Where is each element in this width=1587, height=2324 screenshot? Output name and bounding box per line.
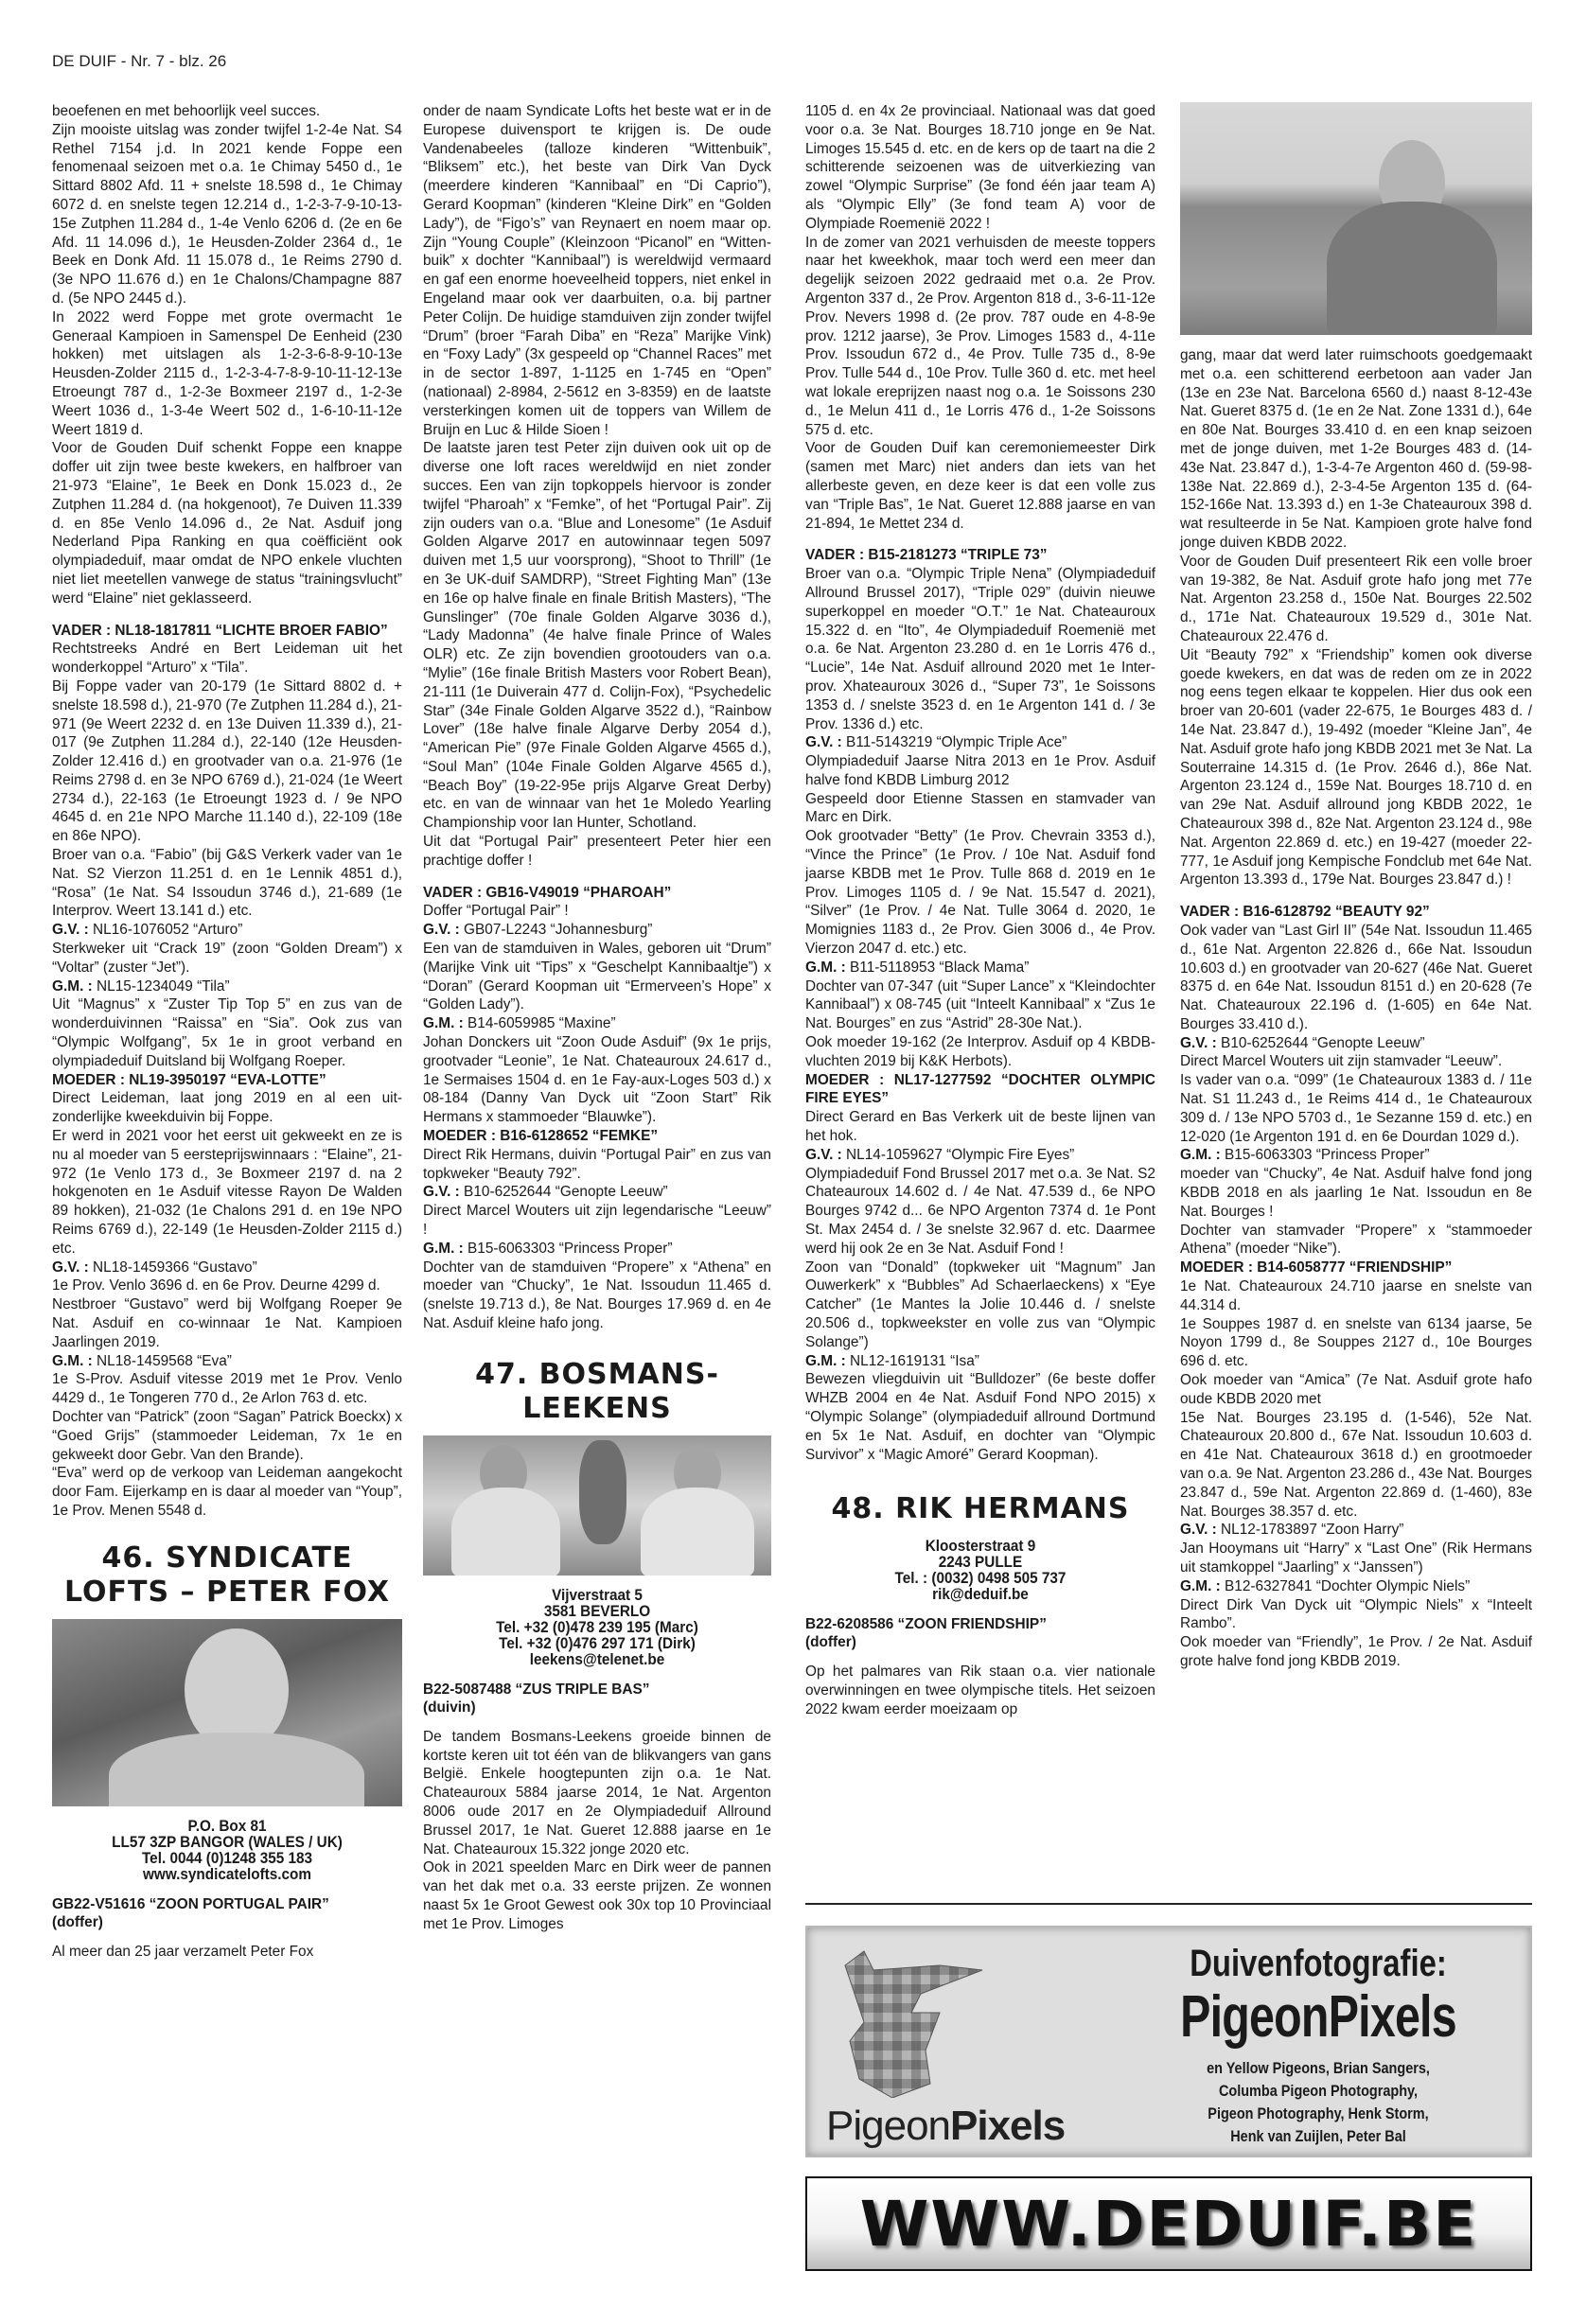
contact-block-46: P.O. Box 81 LL57 3ZP BANGOR (WALES / UK)… <box>70 1818 385 1882</box>
paragraph: 15e Nat. Bourges 23.195 d. (1-546), 52e … <box>1180 1409 1532 1522</box>
gv-value: GB07-L2243 “Johannesburg” <box>460 922 653 938</box>
paragraph: Rechtstreeks André en Bert Leideman uit … <box>52 640 402 678</box>
gm-label: G.M. : <box>52 1353 93 1369</box>
gm-line: G.M. : NL15-1234049 “Tila” <box>52 977 402 996</box>
gv-label: G.V. : <box>52 1259 89 1276</box>
paragraph: Direct Dirk Van Dyck uit “Olympic Niels”… <box>1180 1596 1532 1634</box>
gv-value: B10-6252644 “Genopte Leeuw” <box>1217 1035 1425 1051</box>
gv-label: G.V. : <box>52 922 89 938</box>
gv-line: G.V. : NL16-1076052 “Arturo” <box>52 921 402 940</box>
paragraph: Is vader van o.a. “099” (1e Chateauroux … <box>1180 1071 1532 1146</box>
page-header: DE DUIF - Nr. 7 - blz. 26 <box>52 52 226 71</box>
website-label[interactable]: WWW.DEDUIF.BE <box>860 2188 1478 2261</box>
paragraph: Zoon van “Donald” (topkweker uit “Magnum… <box>805 1259 1155 1352</box>
column-2: onder de naam Syndicate Lofts het beste … <box>423 102 771 1934</box>
gm-label: G.M. : <box>423 1015 464 1031</box>
paragraph: Uit “Magnus” x “Zuster Tip Top 5” en zus… <box>52 995 402 1070</box>
moeder-heading: MOEDER : NL19-3950197 “EVA-LOTTE” <box>52 1071 402 1090</box>
paragraph: Doffer “Portugal Pair” ! <box>423 902 771 921</box>
paragraph: Bewezen vliegduivin uit “Bulldozer” (6e … <box>805 1370 1155 1464</box>
paragraph: Voor de Gouden Duif presenteert Rik een … <box>1180 553 1532 646</box>
divider-rule <box>805 1903 1532 1905</box>
paragraph: Een van de stamduiven in Wales, geboren … <box>423 940 771 1014</box>
paragraph: 1e Nat. Chateauroux 24.710 jaarse en sne… <box>1180 1277 1532 1315</box>
gv-value: B11-5143219 “Olympic Triple Ace” <box>842 734 1067 750</box>
gm-value: NL12-1619131 “Isa” <box>846 1353 979 1369</box>
gv-value: NL14-1059627 “Olympic Fire Eyes” <box>842 1147 1075 1163</box>
gm-line: G.M. : B15-6063303 “Princess Proper” <box>423 1240 771 1259</box>
gm-label: G.M. : <box>805 960 846 976</box>
paragraph: Ook moeder van “Amica” (7e Nat. Asduif g… <box>1180 1371 1532 1409</box>
gv-value: NL12-1783897 “Zoon Harry” <box>1217 1522 1404 1538</box>
paragraph: Uit dat “Portugal Pair” presenteert Pete… <box>423 833 771 871</box>
gv-label: G.V. : <box>805 734 842 750</box>
section-title-48: 48. Rik Hermans <box>805 1492 1155 1526</box>
gv-line: G.V. : B10-6252644 “Genopte Leeuw” <box>1180 1034 1532 1053</box>
ring-heading-48: B22-6208586 “ZOON FRIENDSHIP” (doffer) <box>805 1615 1155 1651</box>
paragraph: In de zomer van 2021 verhuisden de meest… <box>805 234 1155 440</box>
paragraph: Dochter van stamvader “Propere” x “stam­… <box>1180 1222 1532 1259</box>
contact-phone-marc: Tel. +32 (0)478 239 195 (Marc) <box>440 1619 753 1635</box>
gv-value: NL16-1076052 “Arturo” <box>89 922 243 938</box>
paragraph: Olympiadeduif Jaarse Nitra 2013 en 1e Pr… <box>805 752 1155 790</box>
contact-city: LL57 3ZP BANGOR (WALES / UK) <box>70 1834 385 1850</box>
gm-value: B14-6059985 “Maxine” <box>464 1015 616 1031</box>
contact-website[interactable]: www.syndicatelofts.com <box>70 1866 385 1882</box>
paragraph: Zijn mooiste uitslag was zonder twijfel … <box>52 121 402 308</box>
paragraph: 1e S-Prov. Asduif vitesse 2019 met 1e Pr… <box>52 1370 402 1408</box>
paragraph: Er werd in 2021 voor het eerst uit gekwe… <box>52 1127 402 1259</box>
gm-label: G.M. : <box>52 978 93 995</box>
paragraph: Direct Rik Hermans, duivin “Portugal Pai… <box>423 1146 771 1184</box>
paragraph: Direct Marcel Wouters uit zijn legendari… <box>423 1202 771 1240</box>
paragraph: Direct Gerard en Bas Verkerk uit de best… <box>805 1108 1155 1146</box>
contact-block-48: Kloosterstraat 9 2243 PULLE Tel. : (0032… <box>823 1538 1138 1602</box>
paragraph: Uit “Beauty 792” x “Friendship” komen oo… <box>1180 646 1532 889</box>
contact-email[interactable]: rik@deduif.be <box>823 1586 1138 1602</box>
photo-rik-hermans <box>1180 102 1532 335</box>
gm-line: G.M. : B11-5118953 “Black Mama” <box>805 959 1155 977</box>
gv-value: B10-6252644 “Genopte Leeuw” <box>460 1184 668 1200</box>
column-3: 1105 d. en 4x 2e provinciaal. Nationaal … <box>805 102 1155 1719</box>
column-4: gang, maar dat werd later ruimschoots go… <box>1180 102 1532 1671</box>
paragraph: Voor de Gouden Duif kan ceremoniemeester… <box>805 439 1155 533</box>
paragraph: Nestbroer “Gustavo” werd bij Wolfgang Ro… <box>52 1295 402 1351</box>
gm-value: B12-6327841 “Dochter Olympic Niels” <box>1221 1578 1470 1594</box>
paragraph: Sterkweker uit “Crack 19” (zoon “Golden … <box>52 940 402 977</box>
section-title-46: 46. Syndicate Lofts – Peter Fox <box>52 1541 402 1610</box>
gv-label: G.V. : <box>805 1147 842 1163</box>
gv-line: G.V. : NL18-1459366 “Gustavo” <box>52 1259 402 1277</box>
paragraph: Ook moeder 19-162 (2e Interprov. Asduif … <box>805 1033 1155 1071</box>
paragraph: Dochter van “Patrick” (zoon “Sagan” Patr… <box>52 1408 402 1464</box>
contact-city: 2243 PULLE <box>823 1554 1138 1570</box>
gm-value: B11-5118953 “Black Mama” <box>846 960 1030 976</box>
ad-title: Duivenfotografie: <box>1148 1942 1490 1985</box>
paragraph: Voor de Gouden Duif schenkt Foppe een kn… <box>52 439 402 607</box>
contact-block-47: Vijverstraat 5 3581 BEVERLO Tel. +32 (0)… <box>440 1587 753 1667</box>
photo-bosmans-leekens <box>423 1435 771 1576</box>
paragraph: gang, maar dat werd later ruimschoots go… <box>1180 346 1532 553</box>
paragraph: onder de naam Syndicate Lofts het beste … <box>423 102 771 439</box>
gv-line: G.V. : NL12-1783897 “Zoon Harry” <box>1180 1521 1532 1540</box>
gm-label: G.M. : <box>1180 1578 1221 1594</box>
gm-value: NL18-1459568 “Eva” <box>93 1353 232 1369</box>
contact-address: Vijverstraat 5 <box>440 1587 753 1603</box>
paragraph: Al meer dan 25 jaar verzamelt Peter Fox <box>52 1943 402 1962</box>
gm-line: G.M. : B12-6327841 “Dochter Olympic Niel… <box>1180 1577 1532 1596</box>
paragraph: Olympiadeduif Fond Brussel 2017 met o.a.… <box>805 1165 1155 1259</box>
moeder-heading: MOEDER : B14-6058777 “FRIENDSHIP” <box>1180 1259 1532 1277</box>
gm-line: G.M. : NL12-1619131 “Isa” <box>805 1352 1155 1371</box>
paragraph: Gespeeld door Etienne Stassen en stamvad… <box>805 790 1155 828</box>
paragraph: Op het palmares van Rik staan o.a. vier … <box>805 1663 1155 1718</box>
paragraph: De tandem Bosmans-Leekens groeide bin­ne… <box>423 1728 771 1859</box>
paragraph: De laatste jaren test Peter zijn duiven … <box>423 439 771 833</box>
gv-label: G.V. : <box>423 922 460 938</box>
gv-label: G.V. : <box>423 1184 460 1200</box>
pigeon-logo-icon <box>836 1946 996 2098</box>
paragraph: Direct Marcel Wouters uit zijn stamvader… <box>1180 1052 1532 1071</box>
gv-line: G.V. : B11-5143219 “Olympic Triple Ace” <box>805 733 1155 752</box>
paragraph: Ook moeder van “Friendly”, 1e Prov. / 2e… <box>1180 1633 1532 1671</box>
gm-value: B15-6063303 “Princess Proper” <box>464 1241 673 1257</box>
contact-phone-dirk: Tel. +32 (0)476 297 171 (Dirk) <box>440 1635 753 1651</box>
paragraph: 1e Souppes 1987 d. en snelste van 6134 j… <box>1180 1315 1532 1371</box>
ring-heading-47: B22-5087488 “ZUS TRIPLE BAS” (duivin) <box>423 1681 771 1717</box>
column-1: beoefenen en met behoorlijk veel succes.… <box>52 102 402 1962</box>
contact-phone: Tel. 0044 (0)1248 355 183 <box>70 1850 385 1866</box>
gm-label: G.M. : <box>805 1353 846 1369</box>
ring-heading-46: GB22-V51616 “ZOON PORTUGAL PAIR” (doffer… <box>52 1895 402 1931</box>
gv-label: G.V. : <box>1180 1035 1217 1051</box>
section-title-47: 47. Bosmans-Leekens <box>423 1358 771 1426</box>
contact-address: Kloosterstraat 9 <box>823 1538 1138 1554</box>
moeder-heading: MOEDER : B16-6128652 “FEMKE” <box>423 1127 771 1146</box>
gm-value: NL15-1234049 “Tila” <box>93 978 230 995</box>
ad-pigeonpixels[interactable]: PigeonPixels Duivenfotografie: PigeonPix… <box>805 1926 1532 2157</box>
contact-phone: Tel. : (0032) 0498 505 737 <box>823 1570 1138 1586</box>
ad-brand: PigeonPixels <box>1155 1985 1480 2050</box>
contact-address: P.O. Box 81 <box>70 1818 385 1834</box>
vader-heading: VADER : GB16-V49019 “PHAROAH” <box>423 884 771 903</box>
gv-value: NL18-1459366 “Gustavo” <box>89 1259 257 1276</box>
gm-line: G.M. : NL18-1459568 “Eva” <box>52 1352 402 1371</box>
contact-email[interactable]: leekens@telenet.be <box>440 1651 753 1667</box>
vader-heading: VADER : B15-2181273 “TRIPLE 73” <box>805 546 1155 565</box>
paragraph: Dochter van 07-347 (uit “Super Lance” x … <box>805 977 1155 1033</box>
paragraph: Bij Foppe vader van 20-179 (1e Sittard 8… <box>52 678 402 846</box>
vader-heading: VADER : NL18-1817811 “LICHTE BROER FABIO… <box>52 622 402 641</box>
paragraph: Direct Leideman, laat jong 2019 en al ee… <box>52 1089 402 1127</box>
gm-label: G.M. : <box>1180 1147 1221 1163</box>
contact-city: 3581 BEVERLO <box>440 1603 753 1619</box>
ad-partners: en Yellow Pigeons, Brian Sangers, Columb… <box>1141 2057 1495 2148</box>
paragraph: In 2022 werd Foppe met grote overmacht 1… <box>52 308 402 440</box>
paragraph: Broer van o.a. “Fabio” (bij G&S Verkerk … <box>52 846 402 921</box>
paragraph: 1105 d. en 4x 2e provinciaal. Nationaal … <box>805 102 1155 234</box>
paragraph: moeder van “Chucky”, 4e Nat. Asduif halv… <box>1180 1165 1532 1221</box>
gv-line: G.V. : GB07-L2243 “Johannesburg” <box>423 921 771 940</box>
paragraph: 1e Prov. Venlo 3696 d. en 6e Prov. Deurn… <box>52 1276 402 1295</box>
photo-peter-fox <box>52 1619 402 1806</box>
gm-value: B15-6063303 “Princess Proper” <box>1221 1147 1430 1163</box>
gv-line: G.V. : B10-6252644 “Genopte Leeuw” <box>423 1183 771 1202</box>
gm-line: G.M. : B14-6059985 “Maxine” <box>423 1014 771 1033</box>
ad-text-block: Duivenfotografie: PigeonPixels en Yellow… <box>1110 1942 1526 2148</box>
moeder-heading: MOEDER : NL17-1277592 “DOCHTER OLYMPIC F… <box>805 1071 1155 1109</box>
paragraph: Dochter van de stamduiven “Propere” x “A… <box>423 1259 771 1333</box>
pigeonpixels-logo-text: PigeonPixels <box>826 2103 1065 2150</box>
paragraph: beoefenen en met behoorlijk veel succes. <box>52 102 402 121</box>
vader-heading: VADER : B16-6128792 “BEAUTY 92” <box>1180 903 1532 922</box>
gm-label: G.M. : <box>423 1241 464 1257</box>
paragraph: Ook grootvader “Betty” (1e Prov. Chevrai… <box>805 827 1155 959</box>
paragraph: Johan Donckers uit “Zoon Oude Asduif” (9… <box>423 1033 771 1127</box>
paragraph: Broer van o.a. “Olympic Triple Nena” (Ol… <box>805 565 1155 733</box>
gv-label: G.V. : <box>1180 1522 1217 1538</box>
gm-line: G.M. : B15-6063303 “Princess Proper” <box>1180 1146 1532 1165</box>
paragraph: Ook in 2021 speelden Marc en Dirk weer d… <box>423 1858 771 1933</box>
ad-website-banner[interactable]: WWW.DEDUIF.BE <box>805 2176 1532 2271</box>
paragraph: “Eva” werd op de verkoop van Leideman aa… <box>52 1464 402 1520</box>
paragraph: Jan Hooymans uit “Harry” x “Last One” (R… <box>1180 1540 1532 1577</box>
gv-line: G.V. : NL14-1059627 “Olympic Fire Eyes” <box>805 1146 1155 1165</box>
paragraph: Ook vader van “Last Girl II” (54e Nat. I… <box>1180 922 1532 1034</box>
